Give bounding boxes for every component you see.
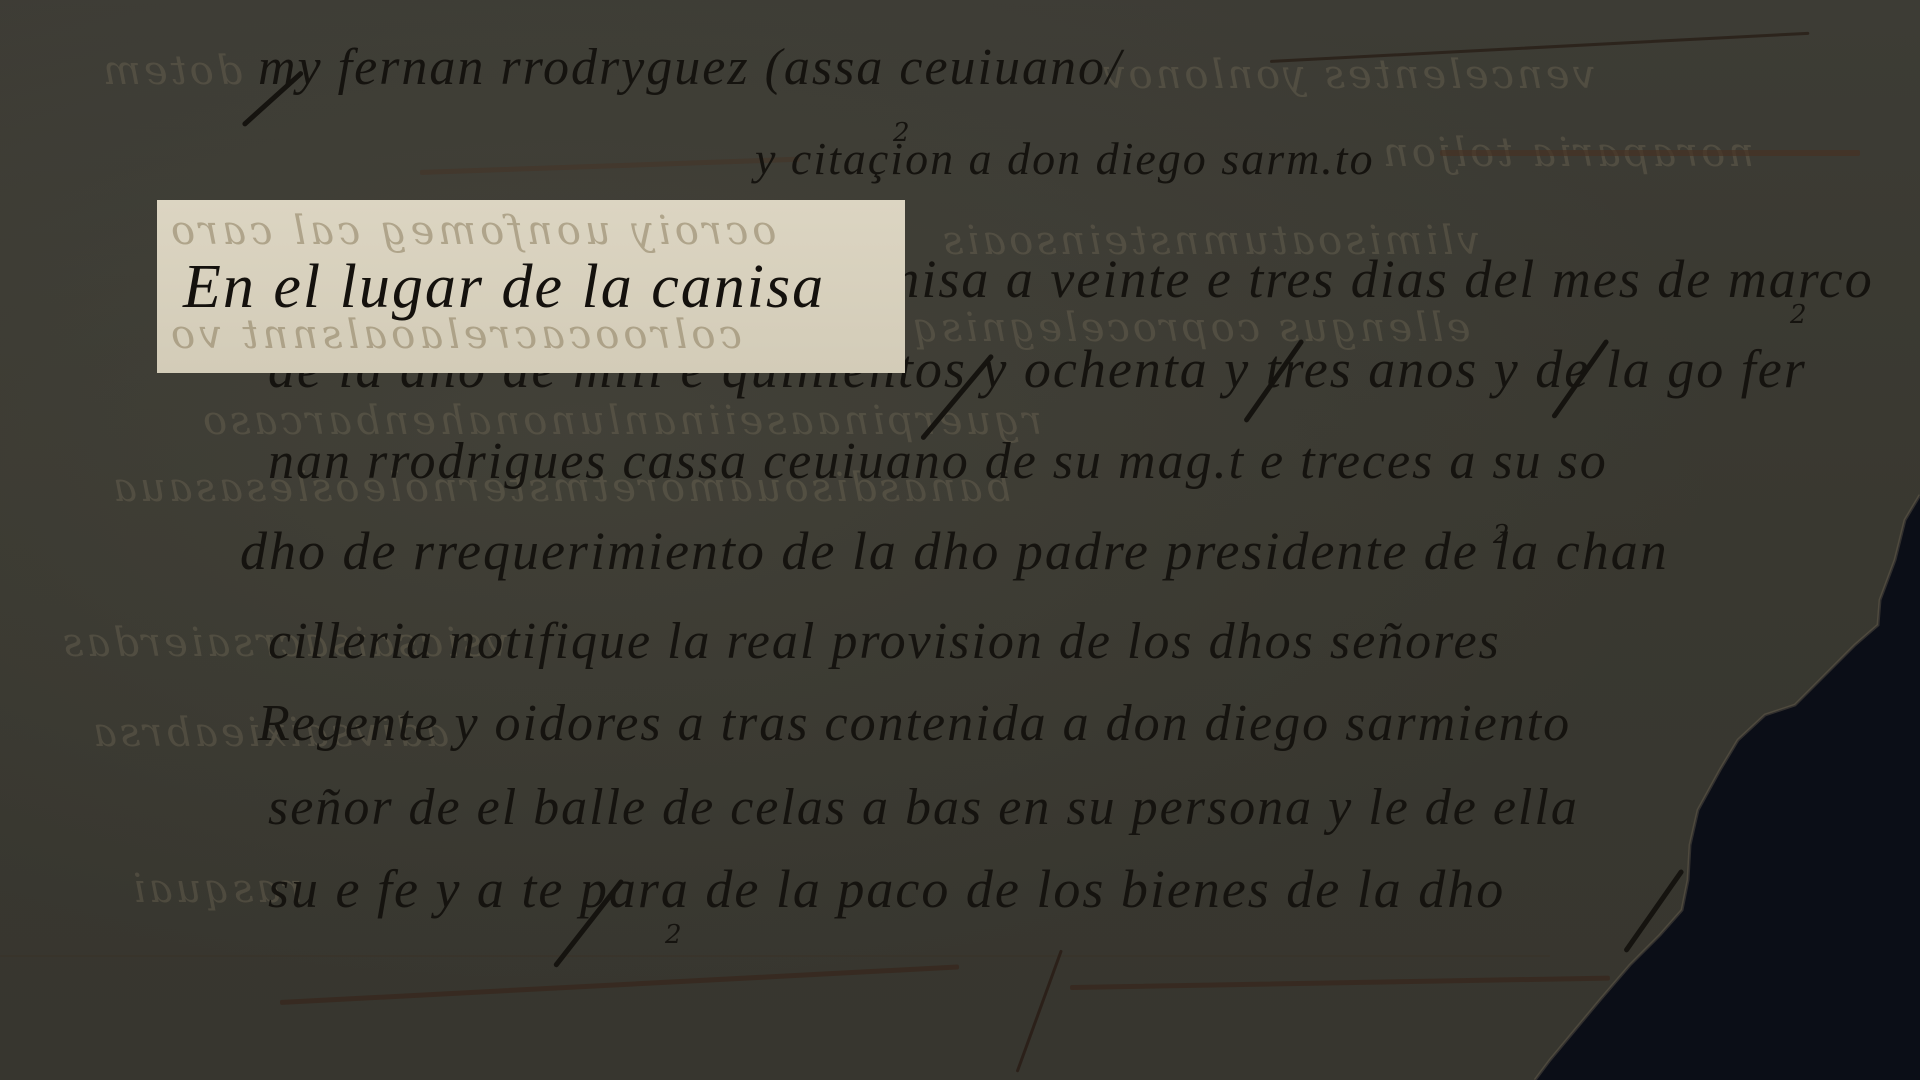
pen-stroke: [1623, 869, 1684, 954]
manuscript-line-8: señor de el balle de celas a bas en su p…: [268, 778, 1579, 837]
manuscript-line-5: dho de rrequerimiento de la dho padre pr…: [240, 520, 1669, 582]
manuscript-line-9: su e fe y a te para de la paco de los bi…: [268, 858, 1505, 920]
faint-rule: [0, 955, 1550, 957]
bleed-through-text: dotem: [100, 48, 242, 94]
flourish-line: [1440, 150, 1860, 156]
marginal-mark: 2: [665, 920, 682, 950]
manuscript-line-7: Regente y oidores a tras contenida a don…: [258, 694, 1571, 753]
manuscript-heading: y citaçion a don diego sarm.to: [755, 132, 1375, 185]
flourish-line: [280, 964, 959, 1005]
manuscript-line-4: nan rrodrigues cassa ceuiuano de su mag.…: [268, 432, 1608, 491]
manuscript-page: dotem vencelentes yonlonov noraparia tol…: [0, 0, 1920, 1080]
flourish-line: [420, 157, 800, 175]
highlighted-text: En el lugar de la canisa: [183, 252, 825, 323]
marginal-mark: 2: [1790, 300, 1807, 330]
bleed-through-text: ocroiy uonfomeg cal caro: [167, 208, 776, 254]
marginal-mark: 2: [1493, 520, 1510, 550]
marginal-mark: 2: [893, 118, 910, 148]
pen-stroke: [1016, 949, 1063, 1072]
flourish-line: [1070, 976, 1610, 990]
manuscript-line-1: my fernan rrodryguez (assa ceuiuano/: [258, 38, 1122, 97]
highlighted-text-region: ocroiy uonfomeg cal caro colroocacrelaoa…: [157, 200, 905, 373]
manuscript-line-6: cilleria notifique la real provision de …: [268, 612, 1501, 671]
